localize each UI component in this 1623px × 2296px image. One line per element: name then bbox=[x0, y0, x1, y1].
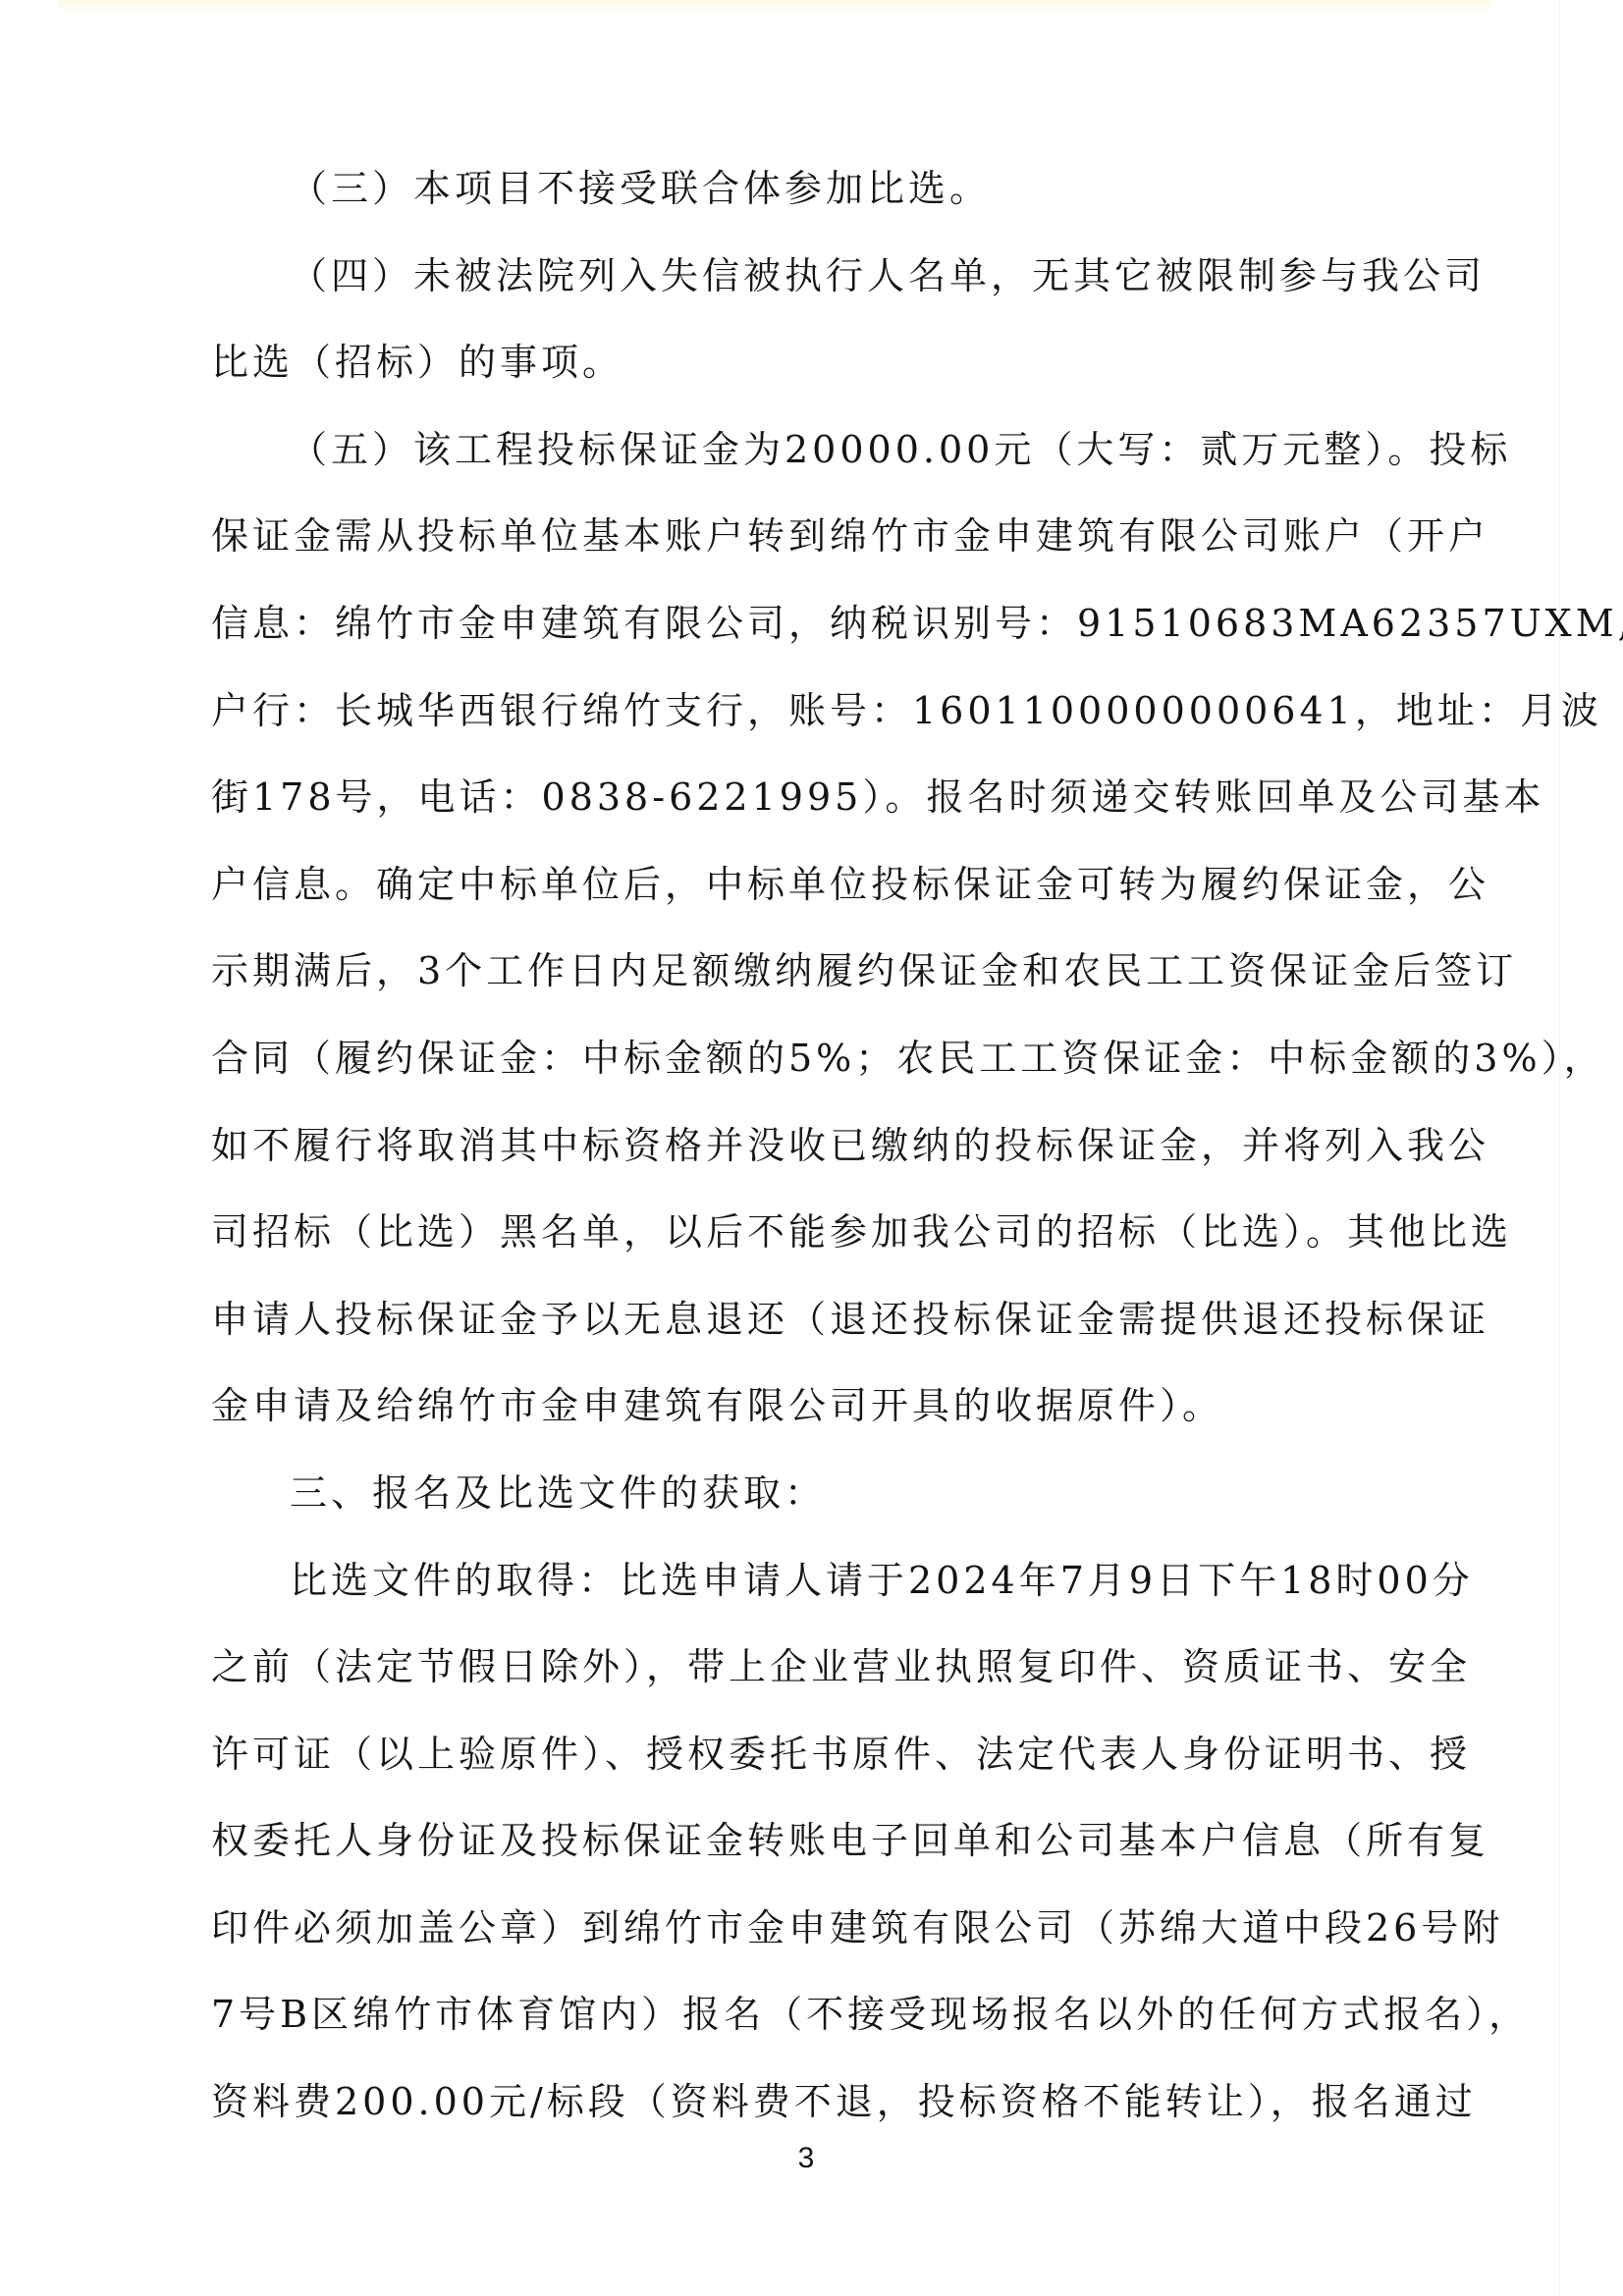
clause-5-bid-bond-line-8: 合同（履约保证金：中标金额的5%；农民工工资保证金：中标金额的3%）， bbox=[211, 1015, 1434, 1102]
scan-page-edge bbox=[1559, 0, 1560, 2296]
clause-5-bid-bond-line-11: 申请人投标保证金予以无息退还（退还投标保证金需提供退还投标保证 bbox=[211, 1276, 1434, 1363]
clause-4-no-dishonest-line-2: 比选（招标）的事项。 bbox=[211, 319, 1434, 406]
clause-3-no-consortium: （三）本项目不接受联合体参加比选。 bbox=[211, 145, 1434, 233]
clause-5-bid-bond-line-4: 户行：长城华西银行绵竹支行，账号：1601100000000641，地址：月波 bbox=[211, 667, 1434, 755]
page-number: 3 bbox=[791, 2142, 821, 2175]
clause-5-bid-bond-line-2: 保证金需从投标单位基本账户转到绵竹市金申建筑有限公司账户（开户 bbox=[211, 493, 1434, 580]
document-body: （三）本项目不接受联合体参加比选。 （四）未被法院列入失信被执行人名单，无其它被… bbox=[211, 145, 1434, 2146]
clause-5-bid-bond-line-9: 如不履行将取消其中标资格并没收已缴纳的投标保证金，并将列入我公 bbox=[211, 1102, 1434, 1190]
section-3-heading: 三、报名及比选文件的获取： bbox=[211, 1450, 1434, 1537]
section-3-body-line-4: 权委托人身份证及投标保证金转账电子回单和公司基本户信息（所有复 bbox=[211, 1797, 1434, 1885]
section-3-body-line-2: 之前（法定节假日除外），带上企业营业执照复印件、资质证书、安全 bbox=[211, 1624, 1434, 1711]
section-3-body-line-3: 许可证（以上验原件）、授权委托书原件、法定代表人身份证明书、授 bbox=[211, 1711, 1434, 1798]
clause-5-bid-bond-line-1: （五）该工程投标保证金为20000.00元（大写：贰万元整）。投标 bbox=[211, 406, 1434, 494]
clause-5-bid-bond-line-10: 司招标（比选）黑名单，以后不能参加我公司的招标（比选）。其他比选 bbox=[211, 1189, 1434, 1276]
clause-5-bid-bond-line-12: 金申请及给绵竹市金申建筑有限公司开具的收据原件）。 bbox=[211, 1362, 1434, 1450]
section-3-body-line-7: 资料费200.00元/标段（资料费不退，投标资格不能转让），报名通过 bbox=[211, 2058, 1434, 2146]
section-3-body-line-1: 比选文件的取得：比选申请人请于2024年7月9日下午18时00分 bbox=[211, 1537, 1434, 1625]
clause-5-bid-bond-line-5: 街178号，电话：0838-6221995）。报名时须递交转账回单及公司基本 bbox=[211, 754, 1434, 841]
section-3-body-line-5: 印件必须加盖公章）到绵竹市金申建筑有限公司（苏绵大道中段26号附 bbox=[211, 1885, 1434, 1972]
clause-5-bid-bond-line-7: 示期满后，3个工作日内足额缴纳履约保证金和农民工工资保证金后签订 bbox=[211, 928, 1434, 1015]
clause-5-bid-bond-line-6: 户信息。确定中标单位后，中标单位投标保证金可转为履约保证金，公 bbox=[211, 841, 1434, 929]
section-3-body-line-6: 7号B区绵竹市体育馆内）报名（不接受现场报名以外的任何方式报名）， bbox=[211, 1971, 1434, 2058]
clause-5-bid-bond-line-3: 信息：绵竹市金申建筑有限公司，纳税识别号：91510683MA62357UXM,… bbox=[211, 580, 1434, 667]
scan-top-tint bbox=[59, 0, 1492, 14]
clause-4-no-dishonest-line-1: （四）未被法院列入失信被执行人名单，无其它被限制参与我公司 bbox=[211, 233, 1434, 320]
